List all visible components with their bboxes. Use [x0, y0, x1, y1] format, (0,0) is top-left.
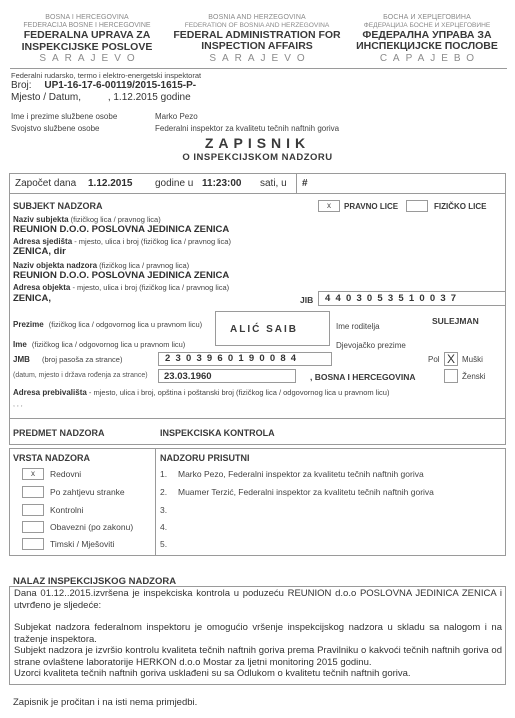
first-name-label: Ime (fizičkog lica / odgovornog lica u p…	[13, 340, 185, 349]
findings-box: Dana 01.12..2015.izvršena je inspekciska…	[9, 586, 506, 685]
header-city: SARAJEVO	[2, 53, 172, 64]
object-address-label: Adresa objekta - mjesto, ulica i broj (f…	[13, 283, 229, 292]
type-on-request-label: Po zahtjevu stranke	[50, 487, 125, 497]
subject-name-label: Naziv subjekta (fizičkog lica / pravnog …	[13, 215, 161, 224]
residence-address-label: Adresa prebivališta - mjesto, ulica i br…	[13, 388, 389, 397]
gender-label: Pol	[428, 355, 440, 364]
type-mandatory-label: Obavezni (po zakonu)	[50, 522, 133, 532]
person-name-field[interactable]: ALIĆ SAIB	[215, 311, 330, 346]
jmb-label: JMB (broj pasoša za strance)	[13, 355, 122, 364]
jmb-field[interactable]: 2303960190084	[158, 352, 332, 366]
header-federation: ФЕДЕРАЦИЈА БОСНЕ И ХЕРЦЕГОВИНЕ	[342, 22, 512, 29]
header-agency-line2: INSPEKCIJSKE POSLOVE	[2, 42, 172, 54]
subject-matter-value: INSPEKCISKA KONTROLA	[160, 428, 275, 438]
start-time: 11:23:00	[202, 178, 241, 189]
birth-country-value: , BOSNA I HERCEGOVINA	[310, 372, 415, 382]
present-item-text: Marko Pezo, Federalni inspektor za kvali…	[178, 469, 424, 479]
header-agency-line2: ИНСПЕКЦИЈСКЕ ПОСЛОВЕ	[342, 41, 512, 53]
jmb-hint: (broj pasoša za strance)	[42, 355, 122, 364]
object-address-hint: - mjesto, ulica i broj (fizičkog lica / …	[70, 283, 229, 292]
start-label: Započet dana	[15, 178, 76, 189]
header-federation: FEDERATION OF BOSNIA AND HERZEGOVINA	[172, 22, 342, 29]
header-city: САРАЈЕВО	[342, 53, 512, 64]
natural-person-label: FIZIČKO LICE	[434, 202, 486, 211]
findings-paragraph: Subjekt nadzora je izvršio kontrolu kval…	[14, 645, 502, 668]
subject-name-hint: (fizičkog lica / pravnog lica)	[71, 215, 161, 224]
divider	[296, 173, 297, 193]
object-name-hint: (fizičkog lica / pravnog lica)	[99, 261, 189, 270]
female-label: Ženski	[462, 372, 486, 381]
object-address-value: ZENICA,	[13, 293, 51, 304]
present-heading: NADZORU PRISUTNI	[160, 453, 250, 463]
findings-paragraph: Uzorci kvaliteta tečnih naftnih goriva u…	[14, 668, 502, 680]
person-name-value: ALIĆ SAIB	[230, 324, 298, 335]
surname-label: Prezime (fizičkog lica / odgovornog lica…	[13, 320, 202, 329]
type-control-checkbox[interactable]	[22, 504, 44, 516]
case-number-row: Broj: UP1-16-17-6-00119/2015-1615-P-	[11, 80, 196, 91]
present-item-number: 1.	[160, 469, 167, 479]
object-name-value: REUNION D.O.O. POSLOVNA JEDINICA ZENICA	[13, 270, 229, 281]
place-date-value: , 1.12.2015 godine	[108, 92, 191, 103]
place-date-row: Mjesto / Datum, , 1.12.2015 godine	[11, 92, 191, 103]
jmb-value: 2303960190084	[165, 353, 301, 364]
jib-field[interactable]: 4403053510037	[318, 291, 506, 306]
case-number-label: Broj:	[11, 80, 32, 91]
type-mandatory-checkbox[interactable]	[22, 521, 44, 533]
residence-address-label-text: Adresa prebivališta	[13, 388, 87, 397]
residence-address-value: , , ,	[13, 401, 23, 408]
start-place: #	[302, 178, 308, 189]
document-title: ZAPISNIK	[0, 135, 515, 151]
male-checkbox[interactable]: X	[444, 352, 458, 366]
subject-heading: SUBJEKT NADZORA	[13, 201, 103, 211]
header-federation: FEDERACIJA BOSNE I HERCEGOVINE	[2, 22, 172, 30]
case-number-value: UP1-16-17-6-00119/2015-1615-P-	[44, 80, 196, 91]
legal-entity-checkbox[interactable]: x	[318, 200, 340, 212]
first-name-hint: (fizičkog lica / odgovornog lica u pravn…	[32, 340, 185, 349]
subject-address-label-text: Adresa sjedišta	[13, 237, 72, 246]
object-name-label: Naziv objekta nadzora (fizičkog lica / p…	[13, 261, 189, 270]
birth-date-value: 23.03.1960	[164, 371, 212, 382]
type-regular-checkbox[interactable]: x	[22, 468, 44, 480]
object-address-label-text: Adresa objekta	[13, 283, 70, 292]
female-checkbox[interactable]	[444, 369, 458, 383]
place-date-label: Mjesto / Datum,	[11, 92, 81, 103]
jib-value: 4403053510037	[325, 293, 461, 304]
birth-date-field[interactable]: 23.03.1960	[158, 369, 296, 383]
natural-person-checkbox[interactable]	[406, 200, 428, 212]
document-subtitle: O INSPEKCIJSKOM NADZORU	[0, 152, 515, 163]
subject-form-box	[9, 173, 506, 445]
present-item-number: 2.	[160, 487, 167, 497]
inspectorate-name: Federalni rudarsko, termo i elektro-ener…	[11, 71, 201, 80]
header-city: SARAJEVO	[172, 53, 342, 64]
subject-matter-label: PREDMET NADZORA	[13, 428, 105, 438]
present-item-number: 5.	[160, 539, 167, 549]
start-sati-label: sati, u	[260, 178, 287, 189]
officer-role-label: Svojstvo službene osobe	[11, 124, 100, 133]
surname-hint: (fizičkog lica / odgovornog lica u pravn…	[49, 320, 202, 329]
parent-name-value: SULEJMAN	[432, 316, 479, 326]
parent-name-label: Ime roditelja	[336, 322, 380, 331]
closing-note: Zapisnik je pročitan i na isti nema prim…	[13, 697, 197, 708]
header-column-cyrillic: БОСНА И ХЕРЦЕГОВИНА ФЕДЕРАЦИЈА БОСНЕ И Х…	[342, 14, 512, 64]
jib-label: JIB	[300, 295, 313, 305]
officer-name-value: Marko Pezo	[155, 112, 198, 121]
findings-paragraph: Subjekat nadzora federalnom inspektoru j…	[14, 622, 502, 645]
type-team-label: Timski / Mješoviti	[50, 539, 114, 549]
subject-name-label-text: Naziv subjekta	[13, 215, 69, 224]
subject-address-hint: - mjesto, ulica i broj (fizičkog lica / …	[72, 237, 231, 246]
header-country: БОСНА И ХЕРЦЕГОВИНА	[342, 14, 512, 22]
surname-label-text: Prezime	[13, 320, 44, 329]
object-name-label-text: Naziv objekta nadzora	[13, 261, 97, 270]
male-label: Muški	[462, 355, 483, 364]
present-item-text: Muamer Terzić, Federalni inspektor za kv…	[178, 487, 434, 497]
start-date: 1.12.2015	[88, 178, 133, 189]
jmb-label-text: JMB	[13, 355, 30, 364]
divider	[9, 193, 506, 194]
subject-address-value: ZENICA, dir	[13, 246, 66, 257]
present-item-number: 3.	[160, 505, 167, 515]
header-agency-line2: INSPECTION AFFAIRS	[172, 41, 342, 53]
type-team-checkbox[interactable]	[22, 538, 44, 550]
subject-address-label: Adresa sjedišta - mjesto, ulica i broj (…	[13, 237, 231, 246]
officer-name-label: Ime i prezime službene osobe	[11, 112, 117, 121]
subject-name-value: REUNION D.O.O. POSLOVNA JEDINICA ZENICA	[13, 224, 229, 235]
type-control-label: Kontrolni	[50, 505, 84, 515]
findings-intro: Dana 01.12..2015.izvršena je inspekciska…	[14, 588, 502, 611]
header-column-bosnian: BOSNA I HERCEGOVINA FEDERACIJA BOSNE I H…	[2, 14, 172, 64]
present-item-number: 4.	[160, 522, 167, 532]
header-country: BOSNA I HERCEGOVINA	[2, 14, 172, 22]
divider	[9, 418, 506, 419]
divider	[155, 448, 156, 556]
header-column-english: BOSNIA AND HERZEGOVINA FEDERATION OF BOS…	[172, 14, 342, 64]
header-country: BOSNIA AND HERZEGOVINA	[172, 14, 342, 22]
birth-info-hint: (datum, mjesto i država rođenja za stran…	[13, 372, 148, 379]
legal-entity-label: PRAVNO LICE	[344, 202, 398, 211]
type-on-request-checkbox[interactable]	[22, 486, 44, 498]
header-divider	[10, 68, 507, 69]
start-godine-label: godine u	[155, 178, 193, 189]
maiden-name-label: Djevojačko prezime	[336, 341, 406, 350]
residence-address-hint: - mjesto, ulica i broj, opština i poštan…	[87, 388, 390, 397]
officer-role-value: Federalni inspektor za kvalitetu tečnih …	[155, 124, 339, 133]
first-name-label-text: Ime	[13, 340, 27, 349]
type-regular-label: Redovni	[50, 469, 81, 479]
inspection-type-heading: VRSTA NADZORA	[13, 453, 90, 463]
